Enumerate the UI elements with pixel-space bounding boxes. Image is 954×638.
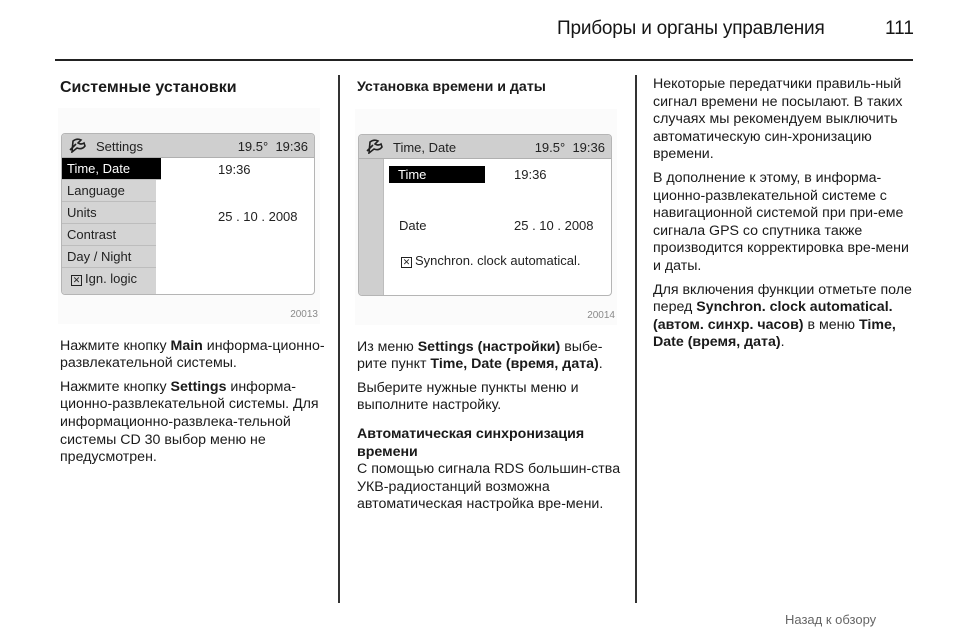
date-value: 25 . 10 . 2008 [218,208,298,226]
menu-item-day-night[interactable]: Day / Night [62,246,156,268]
wrench-icon [365,138,385,154]
checkbox-checked-icon: ✕ [71,275,82,286]
column-divider-2 [635,75,637,603]
time-value: 19:36 [514,166,547,184]
paragraph-enable-function: Для включения функции отметьте поле пере… [653,282,917,352]
screen-header: Time, Date 19.5° 19:36 [359,135,611,159]
subheading-auto-sync: Автоматическая синхронизация времени [357,426,625,461]
screen-header: Settings 19.5° 19:36 [62,134,314,158]
column-divider-1 [338,75,340,603]
paragraph-choose-items: Выберите нужные пункты меню и выполните … [357,380,625,415]
paragraph-press-main: Нажмите кнопку Main информа-ционно-развл… [60,338,330,373]
page-header-title: Приборы и органы управления [557,18,825,40]
sync-clock-label: Synchron. clock automatical. [415,253,580,268]
screen-status: 19.5° 19:36 [535,139,605,157]
column-1: Системные установки Settings 19.5° 19:36… [60,76,330,473]
clock: 19:36 [275,139,308,154]
menu-item-contrast[interactable]: Contrast [62,224,156,246]
wrench-icon [68,137,88,153]
paragraph-rds: С помощью сигнала RDS большин-ства УКВ-р… [357,461,625,514]
paragraph-gps: В дополнение к этому, в информа-ционно-р… [653,170,917,276]
menu-item-language[interactable]: Language [62,180,156,202]
column-3: Некоторые передатчики правиль-ный сигнал… [653,76,917,358]
menu-item-ign-logic[interactable]: ✕Ign. logic [62,268,156,289]
checkbox-checked-icon: ✕ [401,257,412,268]
date-label[interactable]: Date [399,217,426,235]
back-to-overview-link[interactable]: Назад к обзору [785,612,876,627]
menu-item-units[interactable]: Units [62,202,156,224]
screen-title: Settings [96,138,143,156]
temperature: 19.5° [535,140,566,155]
section-title-time-date: Установка времени и даты [357,79,625,97]
screen-title: Time, Date [393,139,456,157]
paragraph-press-settings: Нажмите кнопку Settings информа-ционно-р… [60,379,330,467]
paragraph-transmitters: Некоторые передатчики правиль-ный сигнал… [653,76,917,164]
temperature: 19.5° [238,139,269,154]
time-field-selected[interactable]: Time [389,166,485,183]
left-gutter [359,159,384,295]
menu-item-time-date[interactable]: Time, Date [62,158,161,180]
header-rule [55,59,913,61]
screen-status: 19.5° 19:36 [238,138,308,156]
display-screen: Time, Date 19.5° 19:36 Time 19:36 Date 2… [358,134,612,296]
figure-time-date-screen: Time, Date 19.5° 19:36 Time 19:36 Date 2… [355,109,617,325]
ign-logic-label: Ign. logic [85,271,137,286]
page-number: 111 [885,18,914,40]
display-screen: Settings 19.5° 19:36 Time, Date Language… [61,133,315,295]
figure-id: 20014 [587,307,615,325]
figure-settings-screen: Settings 19.5° 19:36 Time, Date Language… [58,108,320,324]
time-value: 19:36 [218,161,251,179]
figure-id: 20013 [290,306,318,324]
column-2: Установка времени и даты Time, Date 19.5… [357,76,625,520]
section-title-system-settings: Системные установки [60,79,330,97]
settings-menu: Time, Date Language Units Contrast Day /… [62,158,156,294]
clock: 19:36 [572,140,605,155]
date-value: 25 . 10 . 2008 [514,217,594,235]
paragraph-select-menu: Из меню Settings (настройки) выбе-рите п… [357,339,625,374]
sync-clock-option[interactable]: ✕Synchron. clock automatical. [401,252,580,270]
